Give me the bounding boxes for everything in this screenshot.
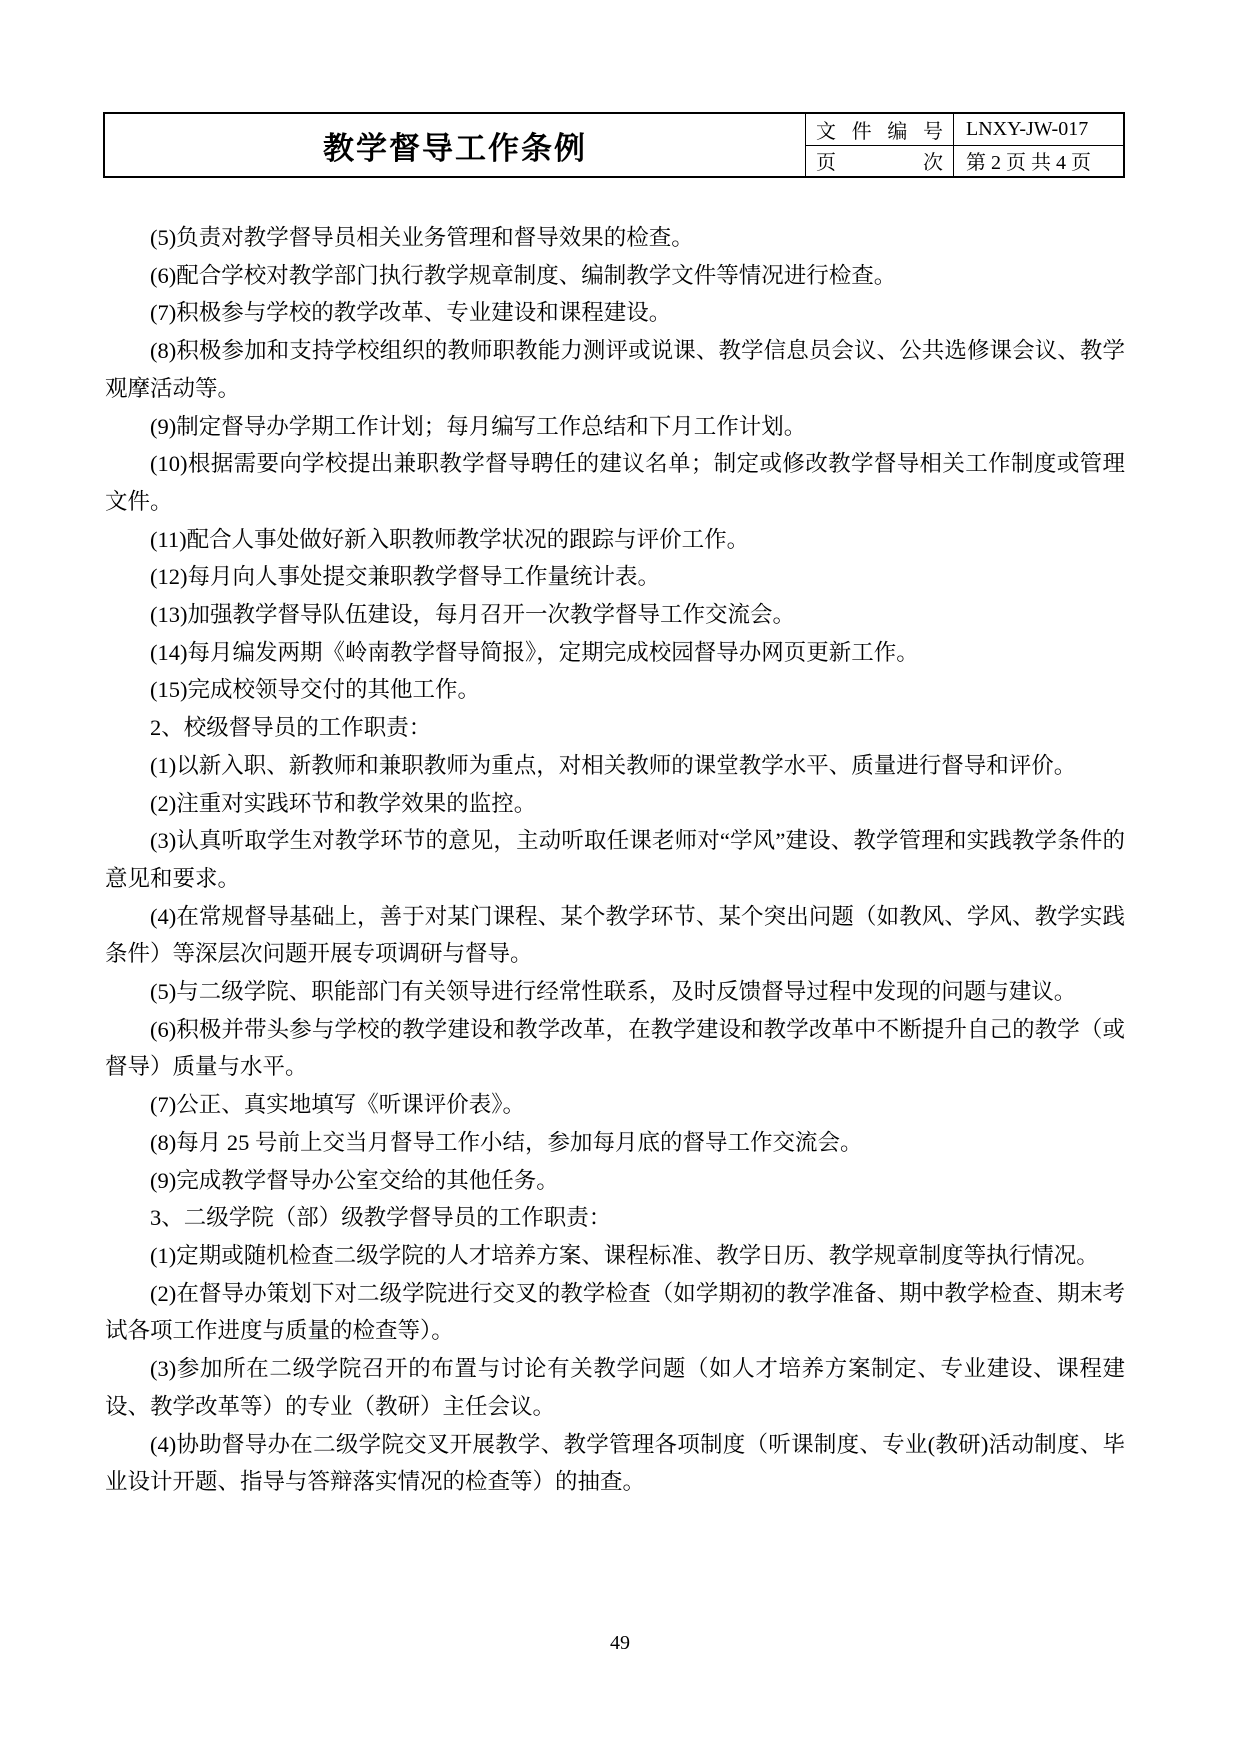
- paragraph: (11)配合人事处做好新入职教师教学状况的跟踪与评价工作。: [105, 521, 1125, 559]
- document-header-table: 教学督导工作条例 文 件 编 号 LNXY-JW-017 页 次 第 2 页 共…: [103, 112, 1125, 178]
- paragraph: (1)定期或随机检查二级学院的人才培养方案、课程标准、教学日历、教学规章制度等执…: [105, 1237, 1125, 1275]
- paragraph: (2)注重对实践环节和教学效果的监控。: [105, 785, 1125, 823]
- doc-number-value: LNXY-JW-017: [954, 118, 1123, 141]
- paragraph: 2、校级督导员的工作职责：: [105, 709, 1125, 747]
- paragraph: 3、二级学院（部）级教学督导员的工作职责：: [105, 1199, 1125, 1237]
- paragraph: (4)在常规督导基础上，善于对某门课程、某个教学环节、某个突出问题（如教风、学风…: [105, 898, 1125, 973]
- paragraph: (1)以新入职、新教师和兼职教师为重点，对相关教师的课堂教学水平、质量进行督导和…: [105, 747, 1125, 785]
- paragraph: (3)参加所在二级学院召开的布置与讨论有关教学问题（如人才培养方案制定、专业建设…: [105, 1350, 1125, 1425]
- paragraph: (6)配合学校对教学部门执行教学规章制度、编制教学文件等情况进行检查。: [105, 257, 1125, 295]
- document-page: 教学督导工作条例 文 件 编 号 LNXY-JW-017 页 次 第 2 页 共…: [0, 0, 1240, 1754]
- paragraph: (9)完成教学督导办公室交给的其他任务。: [105, 1162, 1125, 1200]
- paragraph: (15)完成校领导交付的其他工作。: [105, 671, 1125, 709]
- paragraph: (10)根据需要向学校提出兼职教学督导聘任的建议名单；制定或修改教学督导相关工作…: [105, 445, 1125, 520]
- paragraph: (8)积极参加和支持学校组织的教师职教能力测评或说课、教学信息员会议、公共选修课…: [105, 332, 1125, 407]
- paragraph: (13)加强教学督导队伍建设，每月召开一次教学督导工作交流会。: [105, 596, 1125, 634]
- paragraph: (6)积极并带头参与学校的教学建设和教学改革，在教学建设和教学改革中不断提升自己…: [105, 1011, 1125, 1086]
- header-meta: 文 件 编 号 LNXY-JW-017 页 次 第 2 页 共 4 页: [806, 114, 1123, 176]
- doc-number-label: 文 件 编 号: [806, 114, 954, 145]
- paragraph: (4)协助督导办在二级学院交叉开展教学、教学管理各项制度（听课制度、专业(教研)…: [105, 1426, 1125, 1501]
- paragraph: (8)每月 25 号前上交当月督导工作小结，参加每月底的督导工作交流会。: [105, 1124, 1125, 1162]
- paragraph: (2)在督导办策划下对二级学院进行交叉的教学检查（如学期初的教学准备、期中教学检…: [105, 1275, 1125, 1350]
- paragraph: (3)认真听取学生对教学环节的意见，主动听取任课老师对“学风”建设、教学管理和实…: [105, 822, 1125, 897]
- paragraph: (14)每月编发两期《岭南教学督导简报》，定期完成校园督导办网页更新工作。: [105, 634, 1125, 672]
- document-title: 教学督导工作条例: [105, 114, 806, 176]
- page-index-label-text: 页 次: [816, 146, 943, 175]
- page-index-row: 页 次 第 2 页 共 4 页: [806, 146, 1123, 177]
- doc-number-label-text: 文 件 编 号: [816, 115, 943, 144]
- document-body: (5)负责对教学督导员相关业务管理和督导效果的检查。 (6)配合学校对教学部门执…: [105, 219, 1125, 1501]
- page-index-label: 页 次: [806, 146, 954, 177]
- paragraph: (7)公正、真实地填写《听课评价表》。: [105, 1086, 1125, 1124]
- paragraph: (5)负责对教学督导员相关业务管理和督导效果的检查。: [105, 219, 1125, 257]
- doc-number-row: 文 件 编 号 LNXY-JW-017: [806, 114, 1123, 146]
- page-index-value: 第 2 页 共 4 页: [954, 146, 1123, 175]
- paragraph: (12)每月向人事处提交兼职教学督导工作量统计表。: [105, 558, 1125, 596]
- paragraph: (7)积极参与学校的教学改革、专业建设和课程建设。: [105, 294, 1125, 332]
- page-number: 49: [0, 1632, 1240, 1655]
- paragraph: (5)与二级学院、职能部门有关领导进行经常性联系，及时反馈督导过程中发现的问题与…: [105, 973, 1125, 1011]
- paragraph: (9)制定督导办学期工作计划；每月编写工作总结和下月工作计划。: [105, 408, 1125, 446]
